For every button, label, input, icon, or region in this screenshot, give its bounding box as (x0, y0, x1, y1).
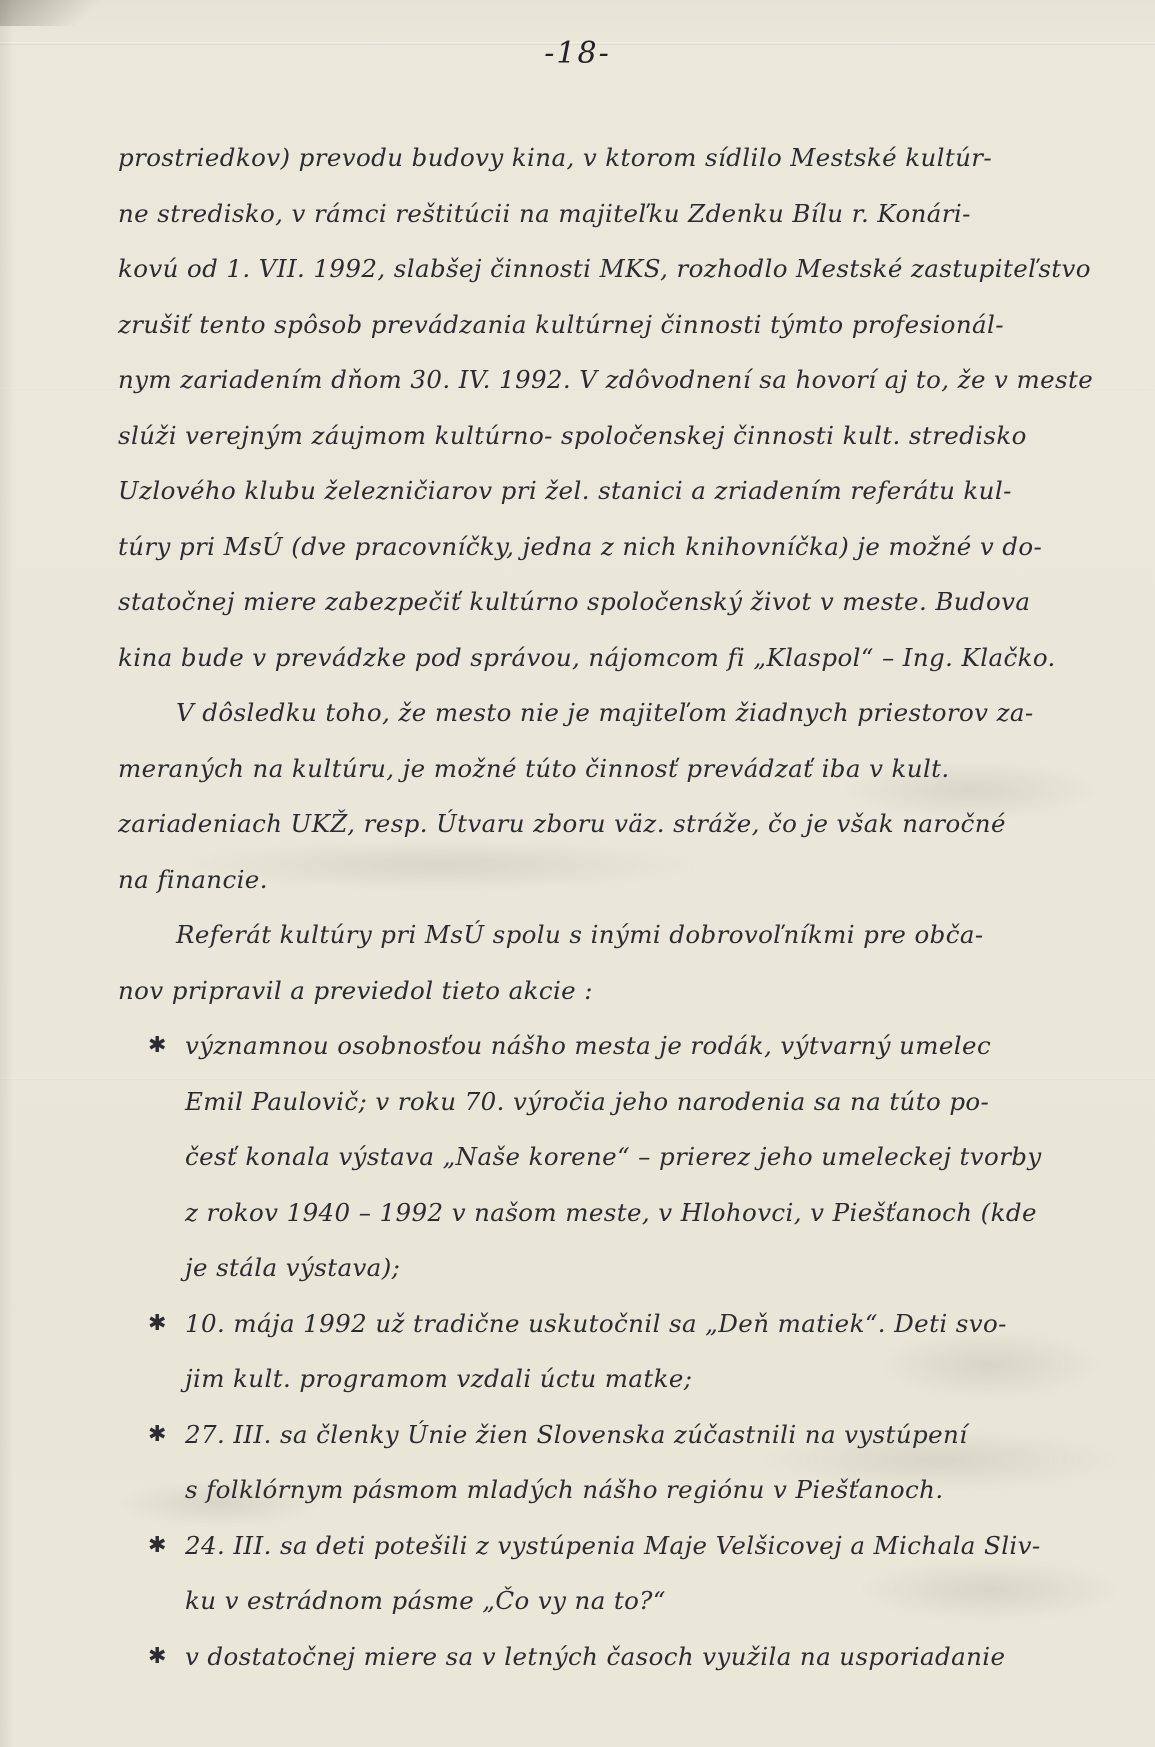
text-line: jim kult. programom vzdali úctu matke; (118, 1351, 1018, 1407)
text-line-content: 10. mája 1992 už tradične uskutočnil sa … (185, 1309, 1007, 1338)
text-line: túry pri MsÚ (dve pracovníčky, jedna z n… (118, 519, 1018, 575)
text-line: s folklórnym pásmom mladých nášho región… (118, 1462, 1018, 1518)
text-line-content: prostriedkov) prevodu budovy kina, v kto… (118, 143, 992, 172)
text-line: kovú od 1. VII. 1992, slabšej činnosti M… (118, 241, 1018, 297)
text-line-content: v dostatočnej miere sa v letných časoch … (185, 1642, 1005, 1671)
text-line-content: Referát kultúry pri MsÚ spolu s inými do… (176, 920, 984, 949)
text-line-content: ku v estrádnom pásme „Čo vy na to?“ (185, 1586, 666, 1615)
text-line: statočnej miere zabezpečiť kultúrno spol… (118, 574, 1018, 630)
text-line: ✱významnou osobnosťou nášho mesta je rod… (118, 1018, 1018, 1074)
text-line: Emil Paulovič; v roku 70. výročia jeho n… (118, 1074, 1018, 1130)
text-line: zrušiť tento spôsob prevádzania kultúrne… (118, 297, 1018, 353)
text-line: Uzlového klubu železničiarov pri žel. st… (118, 463, 1018, 519)
text-line: ✱24. III. sa deti potešili z vystúpenia … (118, 1518, 1018, 1574)
page-corner-shadow (0, 0, 120, 26)
text-line-content: zariadeniach UKŽ, resp. Útvaru zboru väz… (118, 809, 1006, 838)
text-line: je stála výstava); (118, 1240, 1018, 1296)
text-line: slúži verejným záujmom kultúrno- spoloče… (118, 408, 1018, 464)
text-line: ku v estrádnom pásme „Čo vy na to?“ (118, 1573, 1018, 1629)
text-line: nym zariadením dňom 30. IV. 1992. V zdôv… (118, 352, 1018, 408)
text-line: česť konala výstava „Naše korene“ – prie… (118, 1129, 1018, 1185)
bullet-asterisk: ✱ (148, 1018, 167, 1074)
text-line: z rokov 1940 – 1992 v našom meste, v Hlo… (118, 1185, 1018, 1241)
bullet-asterisk: ✱ (148, 1518, 167, 1574)
text-line-content: 24. III. sa deti potešili z vystúpenia M… (185, 1531, 1041, 1560)
text-line-content: kina bude v prevádzke pod správou, nájom… (118, 643, 1056, 672)
text-line-content: meraných na kultúru, je možné túto činno… (118, 754, 950, 783)
bullet-asterisk: ✱ (148, 1296, 167, 1352)
text-line: ✱10. mája 1992 už tradične uskutočnil sa… (118, 1296, 1018, 1352)
text-line-content: 27. III. sa členky Únie žien Slovenska z… (185, 1420, 967, 1449)
text-line-content: z rokov 1940 – 1992 v našom meste, v Hlo… (185, 1198, 1037, 1227)
text-line: prostriedkov) prevodu budovy kina, v kto… (118, 130, 1018, 186)
text-line-content: Emil Paulovič; v roku 70. výročia jeho n… (185, 1087, 989, 1116)
text-line-content: jim kult. programom vzdali úctu matke; (185, 1364, 692, 1393)
text-line-content: česť konala výstava „Naše korene“ – prie… (185, 1142, 1042, 1171)
text-line: na financie. (118, 852, 1018, 908)
text-line: meraných na kultúru, je možné túto činno… (118, 741, 1018, 797)
text-line: ne stredisko, v rámci reštitúcii na maji… (118, 186, 1018, 242)
page-number: -18- (0, 36, 1155, 71)
text-line: Referát kultúry pri MsÚ spolu s inými do… (118, 907, 1018, 963)
text-line-content: na financie. (118, 865, 268, 894)
text-line: nov pripravil a previedol tieto akcie : (118, 963, 1018, 1019)
text-line-content: je stála výstava); (185, 1253, 400, 1282)
text-line-content: túry pri MsÚ (dve pracovníčky, jedna z n… (118, 532, 1042, 561)
text-line: V dôsledku toho, že mesto nie je majiteľ… (118, 685, 1018, 741)
text-line-content: statočnej miere zabezpečiť kultúrno spol… (118, 587, 1030, 616)
text-line: zariadeniach UKŽ, resp. Útvaru zboru väz… (118, 796, 1018, 852)
text-line-content: nov pripravil a previedol tieto akcie : (118, 976, 593, 1005)
bullet-asterisk: ✱ (148, 1629, 167, 1685)
text-line-content: V dôsledku toho, že mesto nie je majiteľ… (176, 698, 1034, 727)
bullet-asterisk: ✱ (148, 1407, 167, 1463)
text-line-content: slúži verejným záujmom kultúrno- spoloče… (118, 421, 1027, 450)
text-line-content: Uzlového klubu železničiarov pri žel. st… (118, 476, 1012, 505)
text-line: ✱v dostatočnej miere sa v letných časoch… (118, 1629, 1018, 1685)
text-line-content: zrušiť tento spôsob prevádzania kultúrne… (118, 310, 1004, 339)
text-line-content: s folklórnym pásmom mladých nášho región… (185, 1475, 944, 1504)
scanned-handwritten-page: -18- prostriedkov) prevodu budovy kina, … (0, 0, 1155, 1747)
text-line-content: ne stredisko, v rámci reštitúcii na maji… (118, 199, 971, 228)
text-line-content: významnou osobnosťou nášho mesta je rodá… (185, 1031, 991, 1060)
handwritten-text-block: prostriedkov) prevodu budovy kina, v kto… (118, 130, 1018, 1684)
text-line: ✱27. III. sa členky Únie žien Slovenska … (118, 1407, 1018, 1463)
text-line-content: kovú od 1. VII. 1992, slabšej činnosti M… (118, 254, 1091, 283)
text-line: kina bude v prevádzke pod správou, nájom… (118, 630, 1018, 686)
text-line-content: nym zariadením dňom 30. IV. 1992. V zdôv… (118, 365, 1093, 394)
page-edge-shade (0, 0, 14, 1747)
